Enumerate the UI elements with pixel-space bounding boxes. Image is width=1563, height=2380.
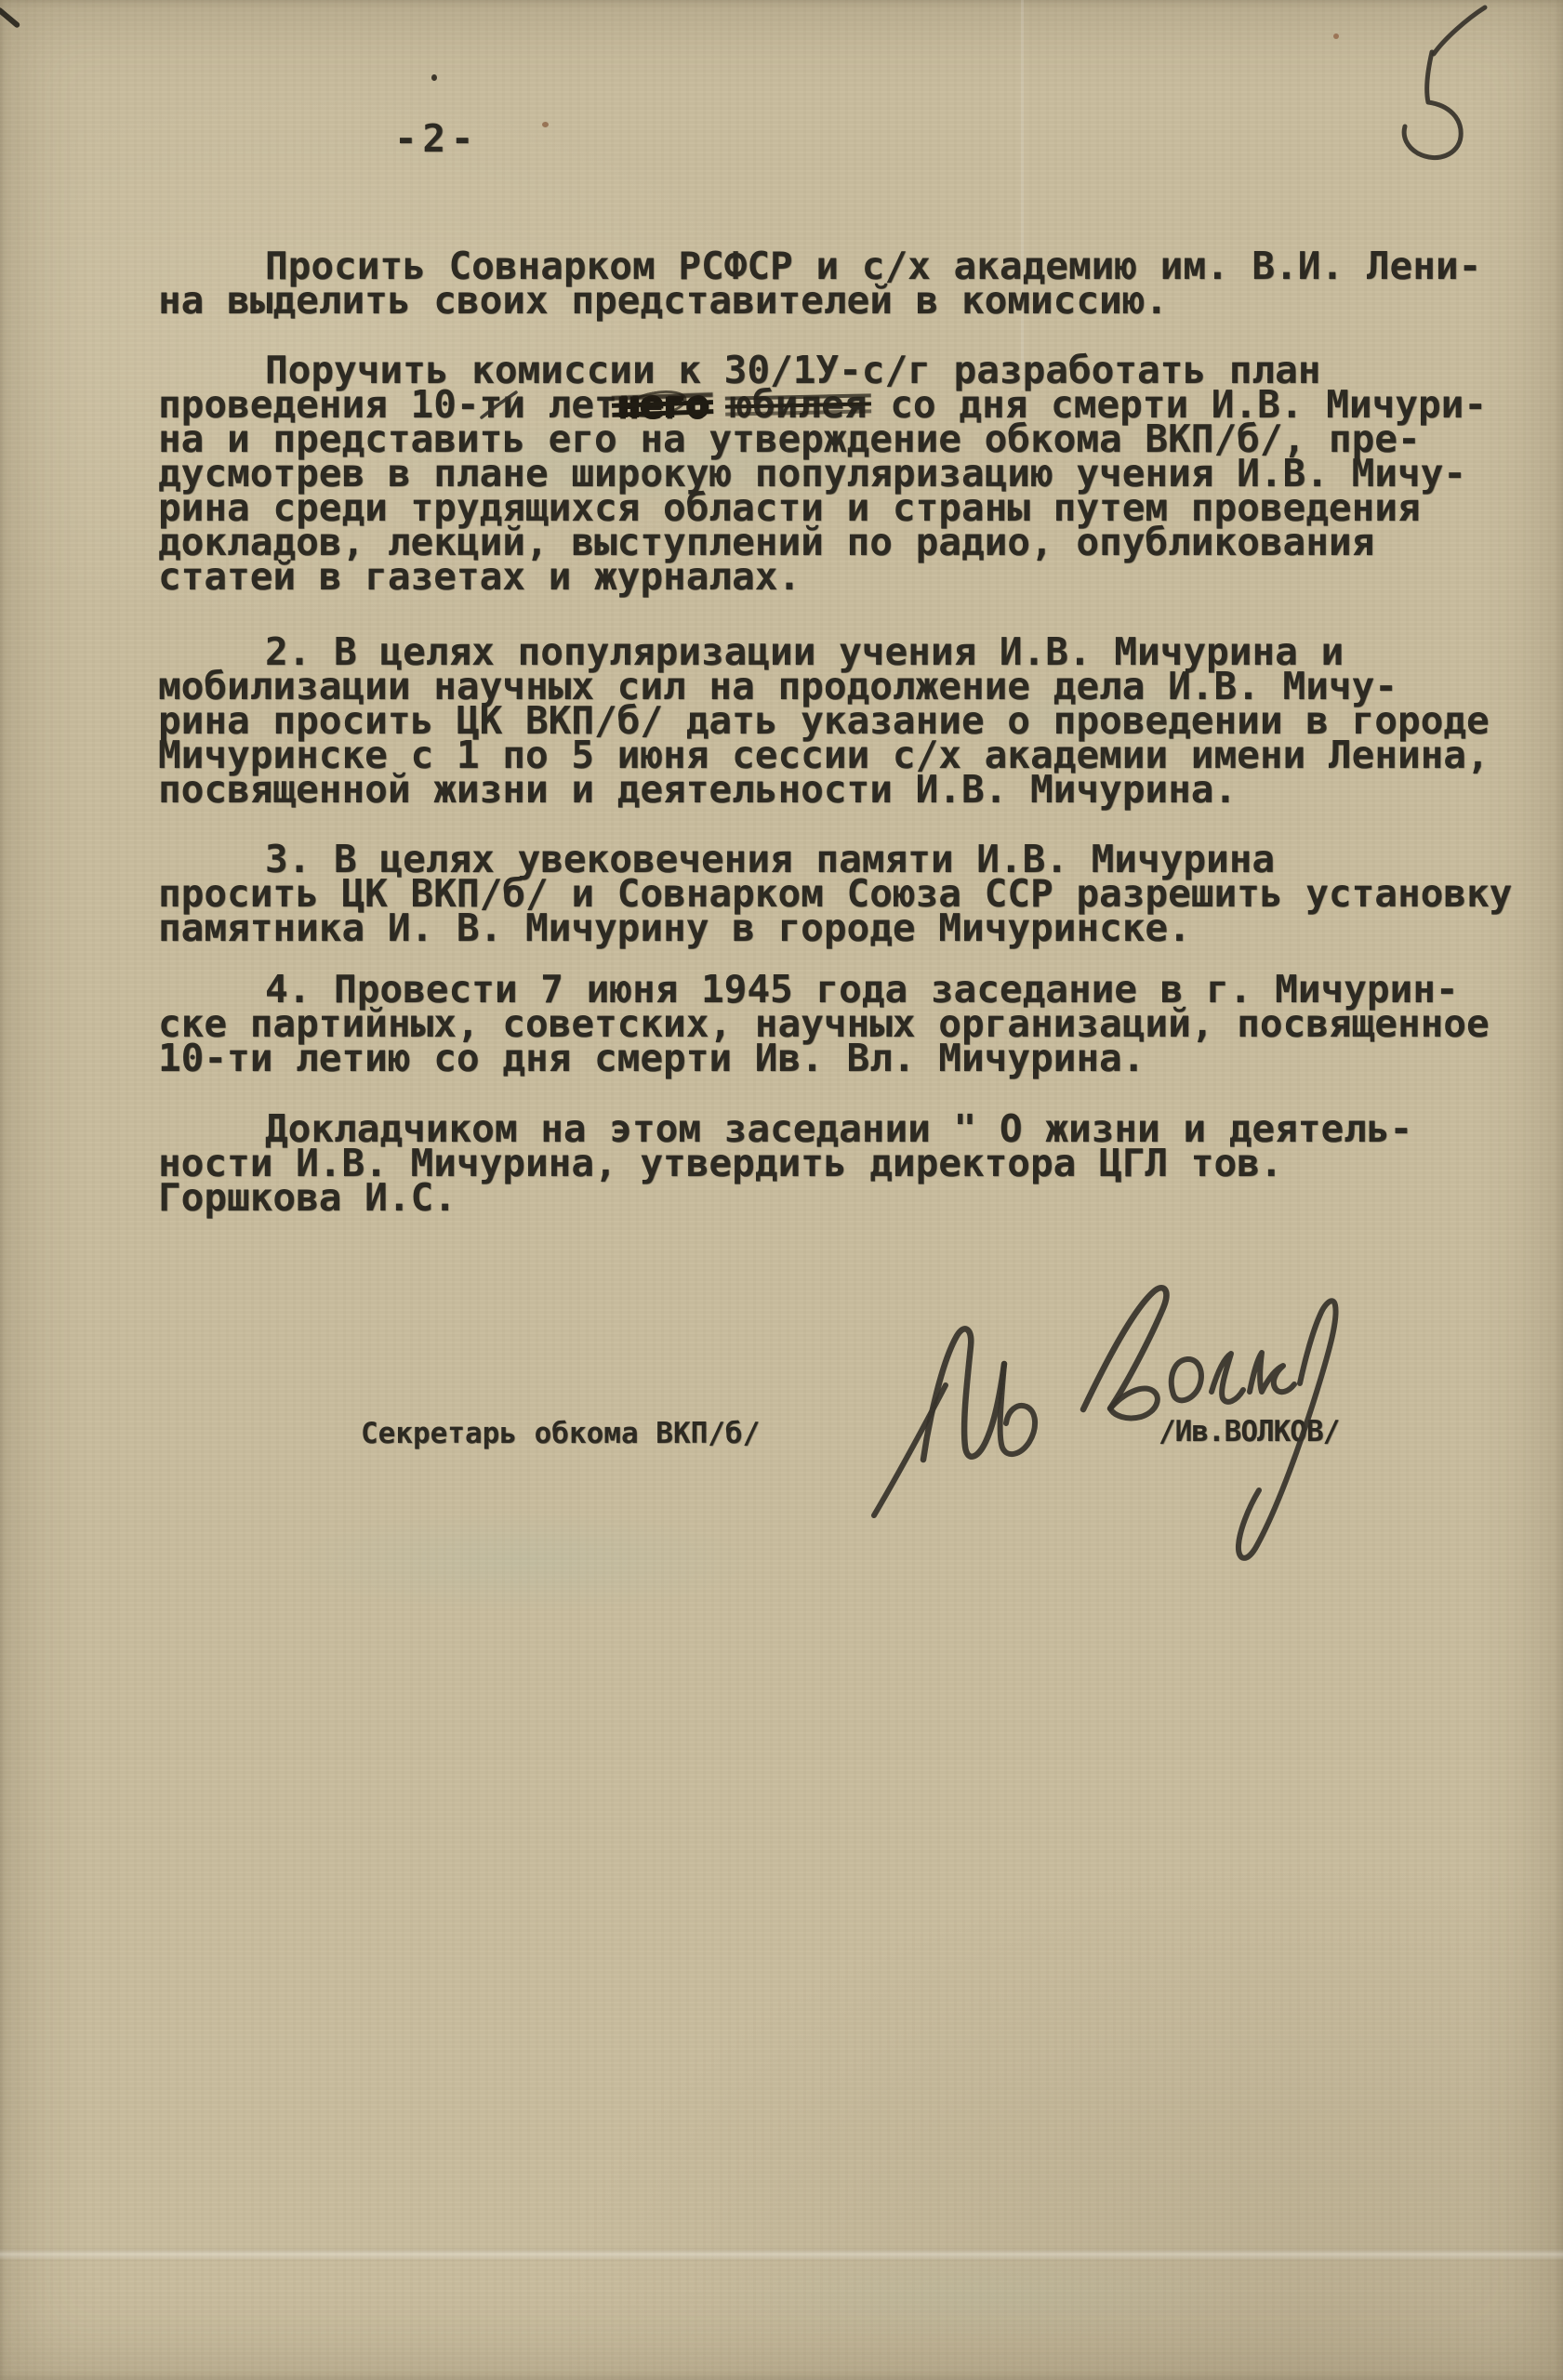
paragraph-1: Просить Совнарком РСФСР и с/х академию и… bbox=[158, 249, 1553, 318]
paper-speck bbox=[542, 122, 549, 127]
scanned-document-page: - 2 - Просить Совнарком РСФСР и с/х акад… bbox=[0, 0, 1563, 2380]
struck-word: юбилея bbox=[729, 388, 867, 422]
overtyped-struck-word: него bbox=[617, 388, 709, 422]
paragraph-5: 4. Провести 7 июня 1945 года заседание в… bbox=[158, 972, 1553, 1076]
paragraph-4: 3. В целях увековечения памяти И.В. Мичу… bbox=[158, 842, 1553, 945]
text-line: посвященной жизни и деятельности И.В. Ми… bbox=[158, 773, 1553, 807]
paragraph-6: Докладчиком на этом заседании " О жизни … bbox=[158, 1112, 1553, 1215]
handwritten-page-mark-5 bbox=[1376, 0, 1506, 167]
text-line: Горшкова И.С. bbox=[158, 1181, 1553, 1215]
paragraph-2: Поручить комиссии к 30/1У-с/г разработат… bbox=[158, 353, 1553, 594]
paper-crease-vertical bbox=[1021, 0, 1024, 390]
ink-speck bbox=[431, 74, 437, 81]
paper-speck bbox=[1333, 33, 1339, 39]
text-line: на выделить своих представителей в комис… bbox=[158, 284, 1553, 318]
signature-typed-name: /Ив.ВОЛКОВ/ bbox=[1159, 1413, 1339, 1450]
text-line: 10-ти летию со дня смерти Ив. Вл. Мичури… bbox=[158, 1041, 1553, 1076]
text-line: памятника И. В. Мичурину в городе Мичури… bbox=[158, 911, 1553, 945]
text-line: статей в газетах и журналах. bbox=[158, 560, 1553, 594]
page-number: - 2 - bbox=[394, 116, 470, 161]
signature-title: Секретарь обкома ВКП/б/ bbox=[361, 1415, 760, 1452]
paragraph-3: 2. В целях популяризации учения И.В. Мич… bbox=[158, 635, 1553, 807]
scan-corner-artifact bbox=[0, 7, 20, 29]
paper-crease-horizontal bbox=[0, 2248, 1563, 2261]
